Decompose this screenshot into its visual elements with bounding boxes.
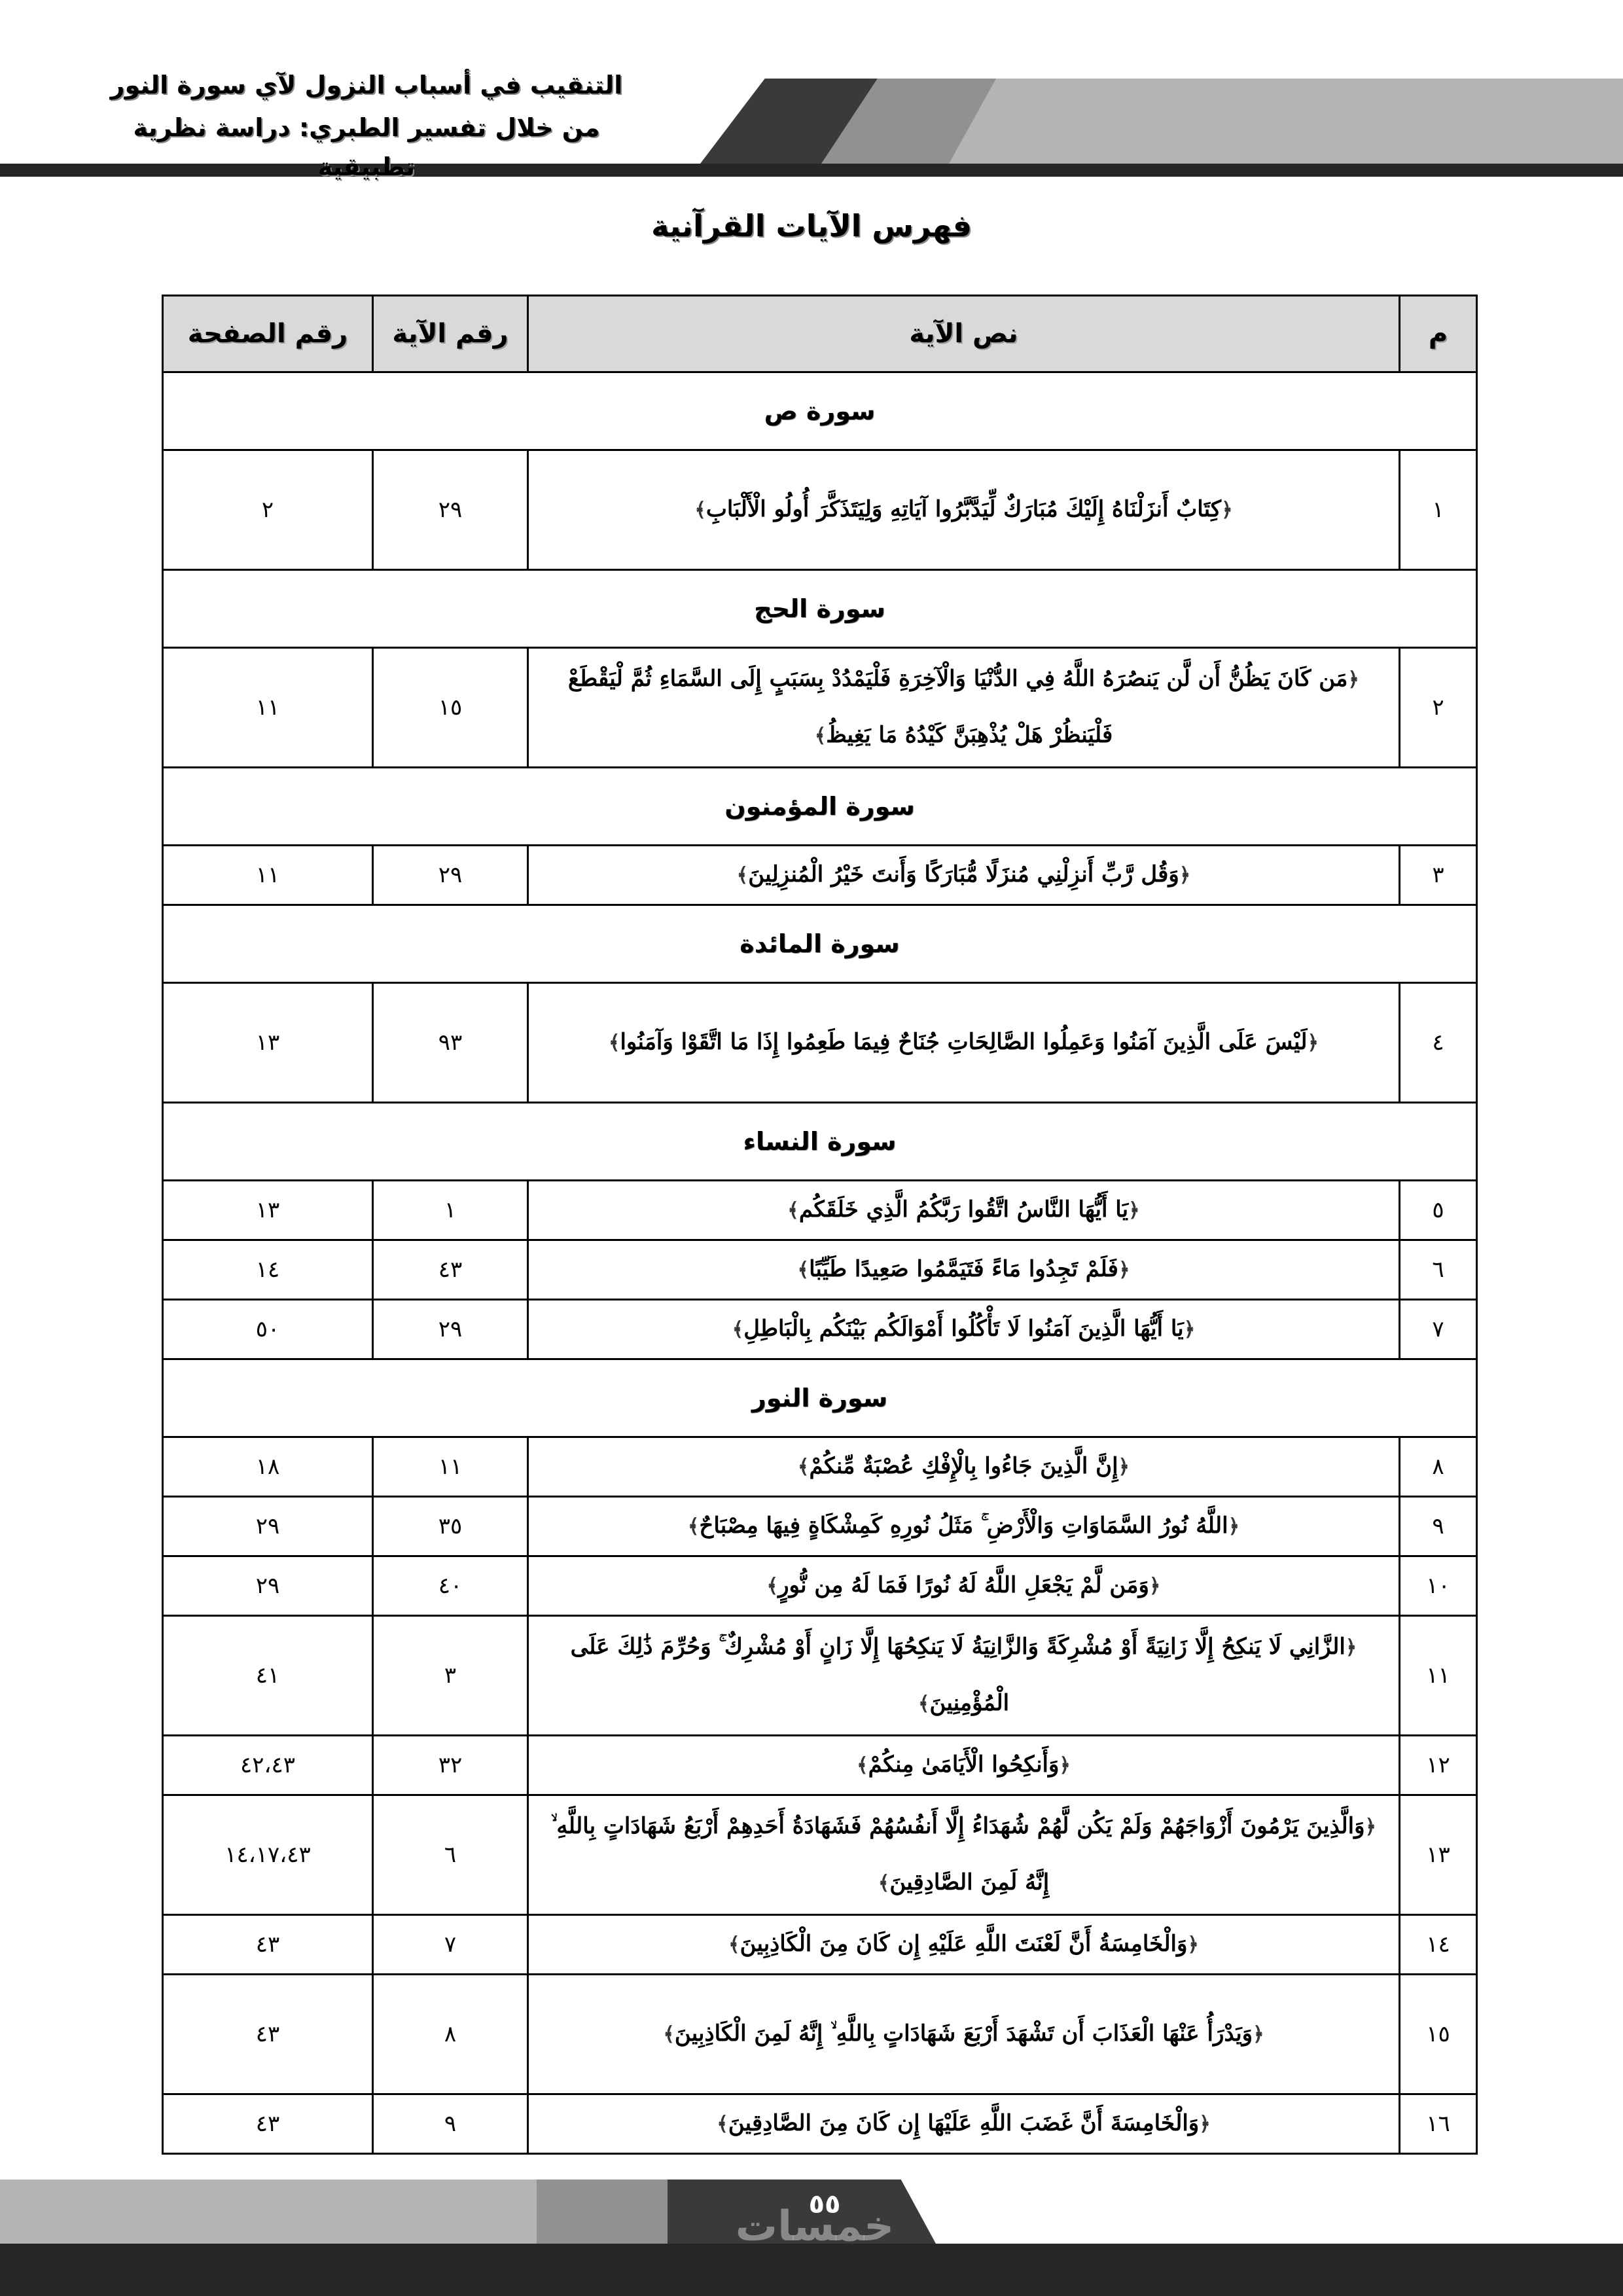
verse-text: وَمَن لَّمْ يَجْعَلِ اللَّهُ لَهُ نُورًا… bbox=[778, 1572, 1149, 1598]
col-header-index: م bbox=[1400, 296, 1477, 372]
row-index: ٩ bbox=[1400, 1497, 1477, 1556]
page-number-cell: ١١ bbox=[163, 648, 373, 768]
verse-number: ٢٩ bbox=[373, 450, 528, 570]
footer-bar bbox=[0, 2244, 1623, 2296]
surah-name: سورة المائدة bbox=[163, 905, 1477, 983]
col-header-verse-number: رقم الآية bbox=[373, 296, 528, 372]
row-index: ٢ bbox=[1400, 648, 1477, 768]
table-row: ١٥﴿وَيَدْرَأُ عَنْهَا الْعَذَابَ أَن تَش… bbox=[163, 1975, 1477, 2094]
row-index: ٦ bbox=[1400, 1240, 1477, 1300]
verse-text-cell: ﴿فَلَمْ تَجِدُوا مَاءً فَتَيَمَّمُوا صَع… bbox=[528, 1240, 1400, 1300]
row-index: ١١ bbox=[1400, 1616, 1477, 1736]
verse-text: وَيَدْرَأُ عَنْهَا الْعَذَابَ أَن تَشْهَ… bbox=[675, 2020, 1253, 2047]
verse-text: كِتَابٌ أَنزَلْنَاهُ إِلَيْكَ مُبَارَكٌ … bbox=[706, 496, 1221, 522]
verse-text-cell: ﴿لَيْسَ عَلَى الَّذِينَ آمَنُوا وَعَمِلُ… bbox=[528, 983, 1400, 1103]
row-index: ١ bbox=[1400, 450, 1477, 570]
page-number-cell: ٢٩ bbox=[163, 1556, 373, 1616]
page-number-cell: ١١ bbox=[163, 846, 373, 905]
page-number-cell: ٤٢،٤٣ bbox=[163, 1736, 373, 1795]
ornate-bracket-open-icon: ﴿ bbox=[1253, 2023, 1264, 2046]
verse-number: ٢٩ bbox=[373, 846, 528, 905]
ornate-bracket-open-icon: ﴿ bbox=[1118, 1456, 1130, 1479]
verse-number: ٩٣ bbox=[373, 983, 528, 1103]
col-header-verse-text: نص الآية bbox=[528, 296, 1400, 372]
ornate-bracket-close-icon: ﴾ bbox=[688, 1515, 700, 1538]
ornate-bracket-close-icon: ﴾ bbox=[737, 864, 749, 887]
verse-text: وَقُل رَّبِّ أَنزِلْنِي مُنزَلًا مُّبَار… bbox=[748, 861, 1179, 888]
verse-number: ٩ bbox=[373, 2094, 528, 2154]
table-row: ٩﴿اللَّهُ نُورُ السَّمَاوَاتِ وَالْأَرْض… bbox=[163, 1497, 1477, 1556]
surah-section-row: سورة الحج bbox=[163, 570, 1477, 648]
verse-text: لَيْسَ عَلَى الَّذِينَ آمَنُوا وَعَمِلُو… bbox=[620, 1029, 1307, 1055]
quran-verses-index-table: م نص الآية رقم الآية رقم الصفحة سورة ص١﴿… bbox=[162, 295, 1478, 2155]
row-index: ٣ bbox=[1400, 846, 1477, 905]
ornate-bracket-open-icon: ﴿ bbox=[1128, 1199, 1140, 1222]
verse-number: ٧ bbox=[373, 1915, 528, 1975]
row-index: ١٣ bbox=[1400, 1795, 1477, 1915]
table-row: ١٠﴿وَمَن لَّمْ يَجْعَلِ اللَّهُ لَهُ نُو… bbox=[163, 1556, 1477, 1616]
row-index: ١٦ bbox=[1400, 2094, 1477, 2154]
ornate-bracket-open-icon: ﴿ bbox=[1187, 1933, 1199, 1956]
row-index: ٥ bbox=[1400, 1181, 1477, 1240]
table-row: ٦﴿فَلَمْ تَجِدُوا مَاءً فَتَيَمَّمُوا صَ… bbox=[163, 1240, 1477, 1300]
row-index: ١٤ bbox=[1400, 1915, 1477, 1975]
ornate-bracket-open-icon: ﴿ bbox=[1308, 1031, 1319, 1054]
verse-text: الزَّانِي لَا يَنكِحُ إِلَّا زَانِيَةً أ… bbox=[571, 1634, 1346, 1716]
ornate-bracket-close-icon: ﴾ bbox=[609, 1031, 620, 1054]
verse-text-cell: ﴿وَيَدْرَأُ عَنْهَا الْعَذَابَ أَن تَشْه… bbox=[528, 1975, 1400, 2094]
verse-number: ٨ bbox=[373, 1975, 528, 2094]
ornate-bracket-close-icon: ﴾ bbox=[815, 725, 827, 747]
verse-number: ٣٥ bbox=[373, 1497, 528, 1556]
verse-number: ٢٩ bbox=[373, 1300, 528, 1359]
ornate-bracket-close-icon: ﴾ bbox=[717, 2113, 728, 2136]
running-header-line2: من خلال تفسير الطبري: دراسة نظرية تطبيقي… bbox=[98, 108, 635, 187]
page-title: فهرس الآيات القرآنية bbox=[0, 196, 1623, 255]
ornate-bracket-close-icon: ﴾ bbox=[918, 1693, 930, 1715]
ornate-bracket-open-icon: ﴿ bbox=[1365, 1816, 1377, 1839]
row-index: ١٠ bbox=[1400, 1556, 1477, 1616]
verse-text: يَا أَيُّهَا النَّاسُ اتَّقُوا رَبَّكُمُ… bbox=[799, 1196, 1128, 1223]
ornate-bracket-open-icon: ﴿ bbox=[1179, 864, 1191, 887]
surah-section-row: سورة النساء bbox=[163, 1103, 1477, 1181]
ornate-bracket-open-icon: ﴿ bbox=[1059, 1754, 1071, 1777]
verse-text: وَالَّذِينَ يَرْمُونَ أَزْوَاجَهُمْ وَلَ… bbox=[551, 1813, 1365, 1895]
table-row: ٧﴿يَا أَيُّهَا الَّذِينَ آمَنُوا لَا تَأ… bbox=[163, 1300, 1477, 1359]
verse-text: وَأَنكِحُوا الْأَيَامَىٰ مِنكُمْ bbox=[868, 1751, 1060, 1778]
ornate-bracket-open-icon: ﴿ bbox=[1346, 1636, 1357, 1659]
table-row: ٣﴿وَقُل رَّبِّ أَنزِلْنِي مُنزَلًا مُّبَ… bbox=[163, 846, 1477, 905]
page-number-cell: ١٣ bbox=[163, 983, 373, 1103]
page-number-cell: ٢٩ bbox=[163, 1497, 373, 1556]
ornate-bracket-close-icon: ﴾ bbox=[663, 2023, 675, 2046]
ornate-bracket-close-icon: ﴾ bbox=[728, 1933, 740, 1956]
row-index: ٨ bbox=[1400, 1437, 1477, 1497]
ornate-bracket-open-icon: ﴿ bbox=[1221, 499, 1233, 522]
verse-number: ٦ bbox=[373, 1795, 528, 1915]
page-number-cell: ٤١ bbox=[163, 1616, 373, 1736]
verse-text: وَالْخَامِسَةَ أَنَّ غَضَبَ اللَّهِ عَلَ… bbox=[728, 2110, 1199, 2136]
verse-text: يَا أَيُّهَا الَّذِينَ آمَنُوا لَا تَأْك… bbox=[743, 1316, 1183, 1342]
row-index: ٧ bbox=[1400, 1300, 1477, 1359]
table-row: ٤﴿لَيْسَ عَلَى الَّذِينَ آمَنُوا وَعَمِل… bbox=[163, 983, 1477, 1103]
ornate-bracket-close-icon: ﴾ bbox=[798, 1456, 810, 1479]
table-row: ١٤﴿وَالْخَامِسَةُ أَنَّ لَعْنَتَ اللَّهِ… bbox=[163, 1915, 1477, 1975]
verse-text-cell: ﴿إِنَّ الَّذِينَ جَاءُوا بِالْإِفْكِ عُص… bbox=[528, 1437, 1400, 1497]
table-row: ١٦﴿وَالْخَامِسَةَ أَنَّ غَضَبَ اللَّهِ ع… bbox=[163, 2094, 1477, 2154]
verse-text-cell: ﴿يَا أَيُّهَا النَّاسُ اتَّقُوا رَبَّكُم… bbox=[528, 1181, 1400, 1240]
ornate-bracket-close-icon: ﴾ bbox=[787, 1199, 799, 1222]
surah-section-row: سورة ص bbox=[163, 372, 1477, 450]
ornate-bracket-open-icon: ﴿ bbox=[1199, 2113, 1211, 2136]
verse-text: إِنَّ الَّذِينَ جَاءُوا بِالْإِفْكِ عُصْ… bbox=[809, 1453, 1118, 1479]
verse-text: فَلَمْ تَجِدُوا مَاءً فَتَيَمَّمُوا صَعِ… bbox=[809, 1256, 1118, 1282]
page-number-cell: ٢ bbox=[163, 450, 373, 570]
table-row: ١﴿كِتَابٌ أَنزَلْنَاهُ إِلَيْكَ مُبَارَك… bbox=[163, 450, 1477, 570]
verse-text: مَن كَانَ يَظُنُّ أَن لَّن يَنصُرَهُ الل… bbox=[568, 666, 1347, 748]
ornate-bracket-open-icon: ﴿ bbox=[1347, 668, 1359, 691]
ornate-bracket-close-icon: ﴾ bbox=[732, 1318, 744, 1341]
row-index: ٤ bbox=[1400, 983, 1477, 1103]
table-row: ٢﴿مَن كَانَ يَظُنُّ أَن لَّن يَنصُرَهُ ا… bbox=[163, 648, 1477, 768]
verse-text: وَالْخَامِسَةُ أَنَّ لَعْنَتَ اللَّهِ عَ… bbox=[740, 1931, 1188, 1957]
surah-name: سورة الحج bbox=[163, 570, 1477, 648]
verse-text-cell: ﴿وَالْخَامِسَةُ أَنَّ لَعْنَتَ اللَّهِ ع… bbox=[528, 1915, 1400, 1975]
table-row: ٥﴿يَا أَيُّهَا النَّاسُ اتَّقُوا رَبَّكُ… bbox=[163, 1181, 1477, 1240]
table-row: ١١﴿الزَّانِي لَا يَنكِحُ إِلَّا زَانِيَة… bbox=[163, 1616, 1477, 1736]
page-number-cell: ١٤،١٧،٤٣ bbox=[163, 1795, 373, 1915]
running-header-line1: التنقيب في أسباب النزول لآي سورة النور bbox=[98, 65, 635, 105]
ornate-bracket-open-icon: ﴿ bbox=[1228, 1515, 1240, 1538]
verse-number: ١ bbox=[373, 1181, 528, 1240]
verse-text-cell: ﴿الزَّانِي لَا يَنكِحُ إِلَّا زَانِيَةً … bbox=[528, 1616, 1400, 1736]
page-number-cell: ١٣ bbox=[163, 1181, 373, 1240]
verse-text-cell: ﴿وَالَّذِينَ يَرْمُونَ أَزْوَاجَهُمْ وَل… bbox=[528, 1795, 1400, 1915]
surah-section-row: سورة النور bbox=[163, 1359, 1477, 1437]
verse-number: ١٥ bbox=[373, 648, 528, 768]
page-number-cell: ٤٣ bbox=[163, 1975, 373, 2094]
row-index: ١٢ bbox=[1400, 1736, 1477, 1795]
page-number-cell: ٥٠ bbox=[163, 1300, 373, 1359]
verse-text-cell: ﴿مَن كَانَ يَظُنُّ أَن لَّن يَنصُرَهُ ال… bbox=[528, 648, 1400, 768]
col-header-page-number: رقم الصفحة bbox=[163, 296, 373, 372]
table-row: ٨﴿إِنَّ الَّذِينَ جَاءُوا بِالْإِفْكِ عُ… bbox=[163, 1437, 1477, 1497]
surah-name: سورة النور bbox=[163, 1359, 1477, 1437]
verse-number: ٤٠ bbox=[373, 1556, 528, 1616]
verse-text-cell: ﴿كِتَابٌ أَنزَلْنَاهُ إِلَيْكَ مُبَارَكٌ… bbox=[528, 450, 1400, 570]
verse-text: اللَّهُ نُورُ السَّمَاوَاتِ وَالْأَرْضِ … bbox=[699, 1513, 1228, 1539]
verse-text-cell: ﴿يَا أَيُّهَا الَّذِينَ آمَنُوا لَا تَأْ… bbox=[528, 1300, 1400, 1359]
surah-section-row: سورة المائدة bbox=[163, 905, 1477, 983]
page-number-cell: ٤٣ bbox=[163, 1915, 373, 1975]
verse-text-cell: ﴿وَالْخَامِسَةَ أَنَّ غَضَبَ اللَّهِ عَل… bbox=[528, 2094, 1400, 2154]
page-number-cell: ٤٣ bbox=[163, 2094, 373, 2154]
surah-section-row: سورة المؤمنون bbox=[163, 768, 1477, 846]
verse-number: ٣٢ bbox=[373, 1736, 528, 1795]
ornate-bracket-open-icon: ﴿ bbox=[1149, 1575, 1161, 1598]
surah-name: سورة النساء bbox=[163, 1103, 1477, 1181]
row-index: ١٥ bbox=[1400, 1975, 1477, 2094]
page-number-cell: ١٤ bbox=[163, 1240, 373, 1300]
verse-number: ٤٣ bbox=[373, 1240, 528, 1300]
ornate-bracket-close-icon: ﴾ bbox=[694, 499, 706, 522]
verse-text-cell: ﴿وَمَن لَّمْ يَجْعَلِ اللَّهُ لَهُ نُورً… bbox=[528, 1556, 1400, 1616]
header-decor-light bbox=[949, 79, 1623, 164]
verse-number: ١١ bbox=[373, 1437, 528, 1497]
ornate-bracket-close-icon: ﴾ bbox=[767, 1575, 779, 1598]
verse-text-cell: ﴿وَقُل رَّبِّ أَنزِلْنِي مُنزَلًا مُّبَا… bbox=[528, 846, 1400, 905]
ornate-bracket-close-icon: ﴾ bbox=[857, 1754, 868, 1777]
ornate-bracket-close-icon: ﴾ bbox=[878, 1872, 890, 1895]
page-number: ٥٥ bbox=[772, 2189, 877, 2219]
verse-number: ٣ bbox=[373, 1616, 528, 1736]
table-row: ١٢﴿وَأَنكِحُوا الْأَيَامَىٰ مِنكُمْ﴾٣٢٤٢… bbox=[163, 1736, 1477, 1795]
table-row: ١٣﴿وَالَّذِينَ يَرْمُونَ أَزْوَاجَهُمْ و… bbox=[163, 1795, 1477, 1915]
ornate-bracket-close-icon: ﴾ bbox=[797, 1259, 809, 1282]
surah-name: سورة المؤمنون bbox=[163, 768, 1477, 846]
table-header-row: م نص الآية رقم الآية رقم الصفحة bbox=[163, 296, 1477, 372]
page-number-cell: ١٨ bbox=[163, 1437, 373, 1497]
surah-name: سورة ص bbox=[163, 372, 1477, 450]
ornate-bracket-open-icon: ﴿ bbox=[1184, 1318, 1196, 1341]
table-body: سورة ص١﴿كِتَابٌ أَنزَلْنَاهُ إِلَيْكَ مُ… bbox=[163, 372, 1477, 2154]
verse-text-cell: ﴿وَأَنكِحُوا الْأَيَامَىٰ مِنكُمْ﴾ bbox=[528, 1736, 1400, 1795]
verse-text-cell: ﴿اللَّهُ نُورُ السَّمَاوَاتِ وَالْأَرْضِ… bbox=[528, 1497, 1400, 1556]
ornate-bracket-open-icon: ﴿ bbox=[1118, 1259, 1130, 1282]
